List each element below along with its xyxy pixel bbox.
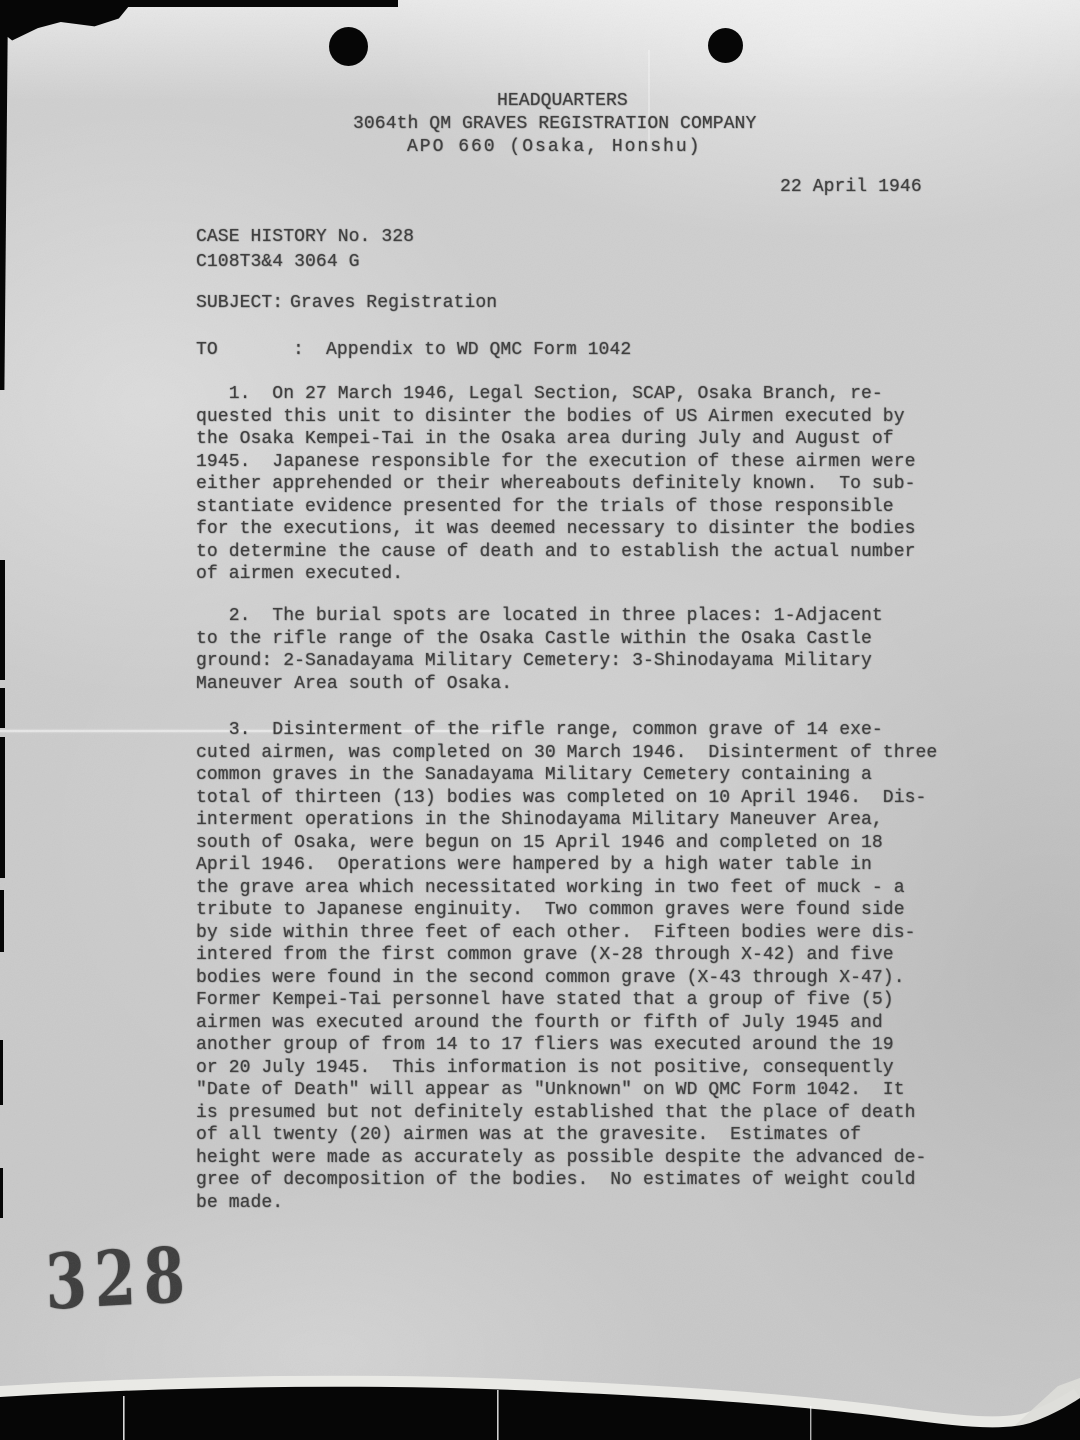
paragraph-3: 3. Disinterment of the rifle range, comm…	[196, 719, 937, 1214]
case-history-number: CASE HISTORY No. 328	[196, 226, 414, 249]
paragraph-2: 2. The burial spots are located in three…	[196, 605, 883, 695]
left-edge-shadow-segment	[0, 688, 5, 728]
file-reference: C108T3&4 3064 G	[196, 251, 360, 274]
left-edge-shadow-segment	[0, 1040, 3, 1105]
paragraph-1: 1. On 27 March 1946, Legal Section, SCAP…	[196, 383, 916, 586]
punch-hole-left	[329, 27, 368, 66]
left-edge-shadow-segment	[0, 1168, 3, 1218]
punch-hole-right	[708, 28, 743, 63]
left-edge-shadow-segment	[0, 560, 5, 680]
letterhead-line-3: APO 660 (Osaka, Honshu)	[407, 136, 701, 159]
to-label: TO	[196, 339, 218, 362]
page-stamp-number: 328	[44, 1230, 194, 1327]
left-edge-shadow-segment	[0, 890, 4, 952]
document-date: 22 April 1946	[780, 176, 922, 199]
subject-label: SUBJECT:	[196, 292, 283, 315]
to-colon: :	[293, 339, 304, 362]
subject-value: Graves Registration	[290, 292, 497, 315]
left-edge-shadow-segment	[0, 737, 5, 878]
scanned-document: { "letterhead": { "line1": "HEADQUARTERS…	[0, 0, 1080, 1440]
to-value: Appendix to WD QMC Form 1042	[326, 339, 631, 362]
letterhead-line-2: 3064th QM GRAVES REGISTRATION COMPANY	[353, 113, 756, 136]
letterhead-line-1: HEADQUARTERS	[497, 90, 628, 113]
